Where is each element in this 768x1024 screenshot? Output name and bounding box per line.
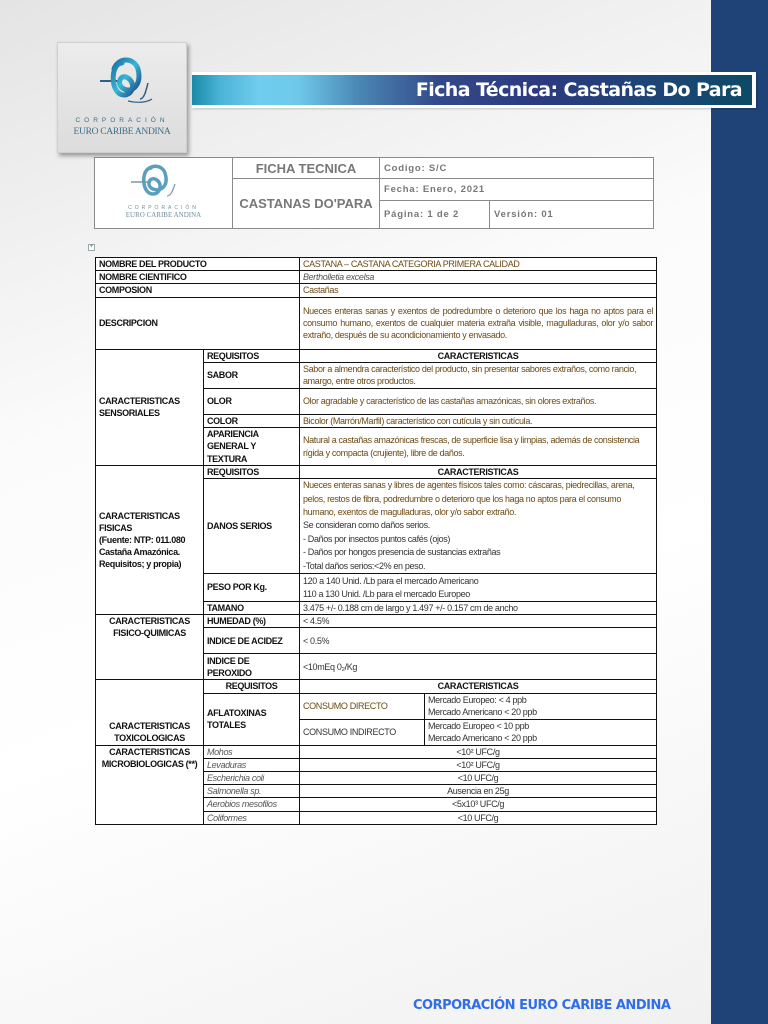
col-header: CARACTERISTICAS [300, 466, 657, 479]
row-value: <10 UFC/g [300, 772, 657, 785]
row-label: NOMBRE DEL PRODUCTO [96, 258, 300, 271]
table-row: CARACTERISTICAS TOXICOLOGICAS REQUISITOS… [96, 680, 657, 693]
limit-line: Mercado Americano < 20 ppb [428, 732, 653, 744]
row-value: Mercado Europeo < 10 ppb Mercado America… [425, 719, 657, 745]
row-value: Mercado Europeo: < 4 ppb Mercado America… [425, 693, 657, 719]
row-value: CASTANA – CASTANA CATEGORIA PRIMERA CALI… [300, 258, 657, 271]
peso-line: 110 a 130 Unid. /Lb para el mercado Euro… [303, 588, 653, 600]
table-row: CARACTERISTICAS SENSORIALES REQUISITOS C… [96, 349, 657, 362]
row-label: Coliformes [204, 811, 300, 824]
row-value: 3.475 +/- 0.188 cm de largo y 1.497 +/- … [300, 602, 657, 615]
danos-line: -Total daños serios:<2% en peso. [303, 560, 653, 573]
row-label: TAMANO [204, 602, 300, 615]
row-label: Salmonella sp. [204, 785, 300, 798]
doc-header-logo: CORPORACIÓN EURO CARIBE ANDINA [95, 158, 233, 229]
slide-sidebar-decoration [711, 0, 768, 1024]
row-value: <10mEq 0₂/Kg [300, 654, 657, 680]
row-value: < 0.5% [300, 628, 657, 654]
doc-version: Versión: 01 [490, 201, 654, 229]
group-label: CARACTERISTICAS FISICAS (Fuente: NTP: 01… [96, 466, 204, 615]
row-label: Aerobios mesofilos [204, 798, 300, 811]
row-value: Ausencia en 25g [300, 785, 657, 798]
limit-line: Mercado Americano < 20 ppb [428, 706, 653, 718]
row-label: Levaduras [204, 758, 300, 771]
limit-line: Mercado Europeo < 10 ppb [428, 720, 653, 732]
doc-pagina: Página: 1 de 2 [380, 201, 490, 229]
row-label: NOMBRE CIENTIFICO [96, 271, 300, 284]
row-value: <5x10³ UFC/g [300, 798, 657, 811]
row-label: HUMEDAD (%) [204, 615, 300, 628]
danos-line: Se consideran como daños serios. [303, 519, 653, 532]
row-label: AFLATOXINAS TOTALES [204, 693, 300, 745]
col-header: REQUISITOS [204, 466, 300, 479]
table-row: DESCRIPCION Nueces enteras sanas y exent… [96, 297, 657, 349]
doc-fecha: Fecha: Enero, 2021 [380, 179, 654, 201]
row-value: Castañas [300, 284, 657, 297]
logo-company-name: EURO CARIBE ANDINA [58, 127, 186, 137]
row-label: SABOR [204, 362, 300, 388]
danos-line: - Daños por insectos puntos cafés (ojos) [303, 533, 653, 546]
row-value: Nueces enteras sanas y libres de agentes… [300, 479, 657, 574]
table-row: CARACTERISTICAS FISICO-QUIMICAS HUMEDAD … [96, 615, 657, 628]
row-label: DESCRIPCION [96, 297, 300, 349]
doc-product-name: CASTANAS DO'PARA [233, 179, 380, 229]
danos-line: - Daños por hongos presencia de sustanci… [303, 546, 653, 559]
table-row: COMPOSION Castañas [96, 284, 657, 297]
row-value: Bicolor (Marrón/Marfil) característico c… [300, 414, 657, 427]
row-label: OLOR [204, 388, 300, 414]
eca-swirl-logo-icon [98, 55, 154, 107]
row-value: Natural a castañas amazónicas frescas, d… [300, 428, 657, 466]
row-value: <10² UFC/g [300, 758, 657, 771]
col-header: CARACTERISTICAS [300, 349, 657, 362]
slide-title: Ficha Técnica: Castañas Do Para [192, 75, 752, 105]
row-label: Escherichia coli [204, 772, 300, 785]
document-header-table: CORPORACIÓN EURO CARIBE ANDINA FICHA TEC… [94, 157, 654, 229]
row-value: <10 UFC/g [300, 811, 657, 824]
row-label: INDICE DE PEROXIDO [204, 654, 300, 680]
consumo-indirecto-label: CONSUMO INDIRECTO [300, 719, 425, 745]
col-header: CARACTERISTICAS [300, 680, 657, 693]
danos-line: Nueces enteras sanas y libres de agentes… [303, 479, 653, 519]
row-label: COMPOSION [96, 284, 300, 297]
row-label: APARIENCIA GENERAL Y TEXTURA [204, 428, 300, 466]
table-row: NOMBRE CIENTIFICO Bertholletia excelsa [96, 271, 657, 284]
footer-company-name: CORPORACIÓN EURO CARIBE ANDINA [413, 998, 693, 1013]
row-value: <10² UFC/g [300, 745, 657, 758]
table-row: NOMBRE DEL PRODUCTO CASTANA – CASTANA CA… [96, 258, 657, 271]
row-label: DANOS SERIOS [204, 479, 300, 574]
peso-line: 120 a 140 Unid. /Lb para el mercado Amer… [303, 575, 653, 587]
company-logo: CORPORACIÓN EURO CARIBE ANDINA [57, 42, 187, 153]
group-label: CARACTERISTICAS TOXICOLOGICAS [96, 680, 204, 745]
group-label: CARACTERISTICAS SENSORIALES [96, 349, 204, 465]
row-value: < 4.5% [300, 615, 657, 628]
spec-table: NOMBRE DEL PRODUCTO CASTANA – CASTANA CA… [95, 257, 657, 825]
doc-codigo: Codigo: S/C [380, 158, 654, 179]
row-value: Olor agradable y característico de las c… [300, 388, 657, 414]
table-row: CARACTERISTICAS MICROBIOLOGICAS (**) Moh… [96, 745, 657, 758]
row-value: Nueces enteras sanas y exentos de podred… [300, 297, 657, 349]
group-label: CARACTERISTICAS MICROBIOLOGICAS (**) [96, 745, 204, 824]
row-value: 120 a 140 Unid. /Lb para el mercado Amer… [300, 574, 657, 602]
logo-corporacion-text: CORPORACIÓN [58, 117, 186, 124]
table-row: CARACTERISTICAS FISICAS (Fuente: NTP: 01… [96, 466, 657, 479]
group-source: (Fuente: NTP: 011.080 Castaña Amazónica.… [99, 534, 200, 571]
group-title: CARACTERISTICAS FISICAS [99, 510, 200, 534]
row-label: Mohos [204, 745, 300, 758]
table-move-handle[interactable]: + [88, 244, 95, 251]
group-label: CARACTERISTICAS FISICO-QUIMICAS [96, 615, 204, 680]
eca-swirl-logo-icon [129, 162, 185, 202]
col-header: REQUISITOS [204, 349, 300, 362]
row-label: COLOR [204, 414, 300, 427]
row-label: PESO POR Kg. [204, 574, 300, 602]
row-value: Bertholletia excelsa [300, 271, 657, 284]
title-banner: Ficha Técnica: Castañas Do Para [192, 72, 756, 108]
row-value: Sabor a almendra característico del prod… [300, 362, 657, 388]
doc-title: FICHA TECNICA [233, 158, 380, 179]
consumo-directo-label: CONSUMO DIRECTO [300, 693, 425, 719]
row-label: INDICE DE ACIDEZ [204, 628, 300, 654]
doc-logo-name: EURO CARIBE ANDINA [95, 211, 232, 219]
col-header: REQUISITOS [204, 680, 300, 693]
limit-line: Mercado Europeo: < 4 ppb [428, 694, 653, 706]
